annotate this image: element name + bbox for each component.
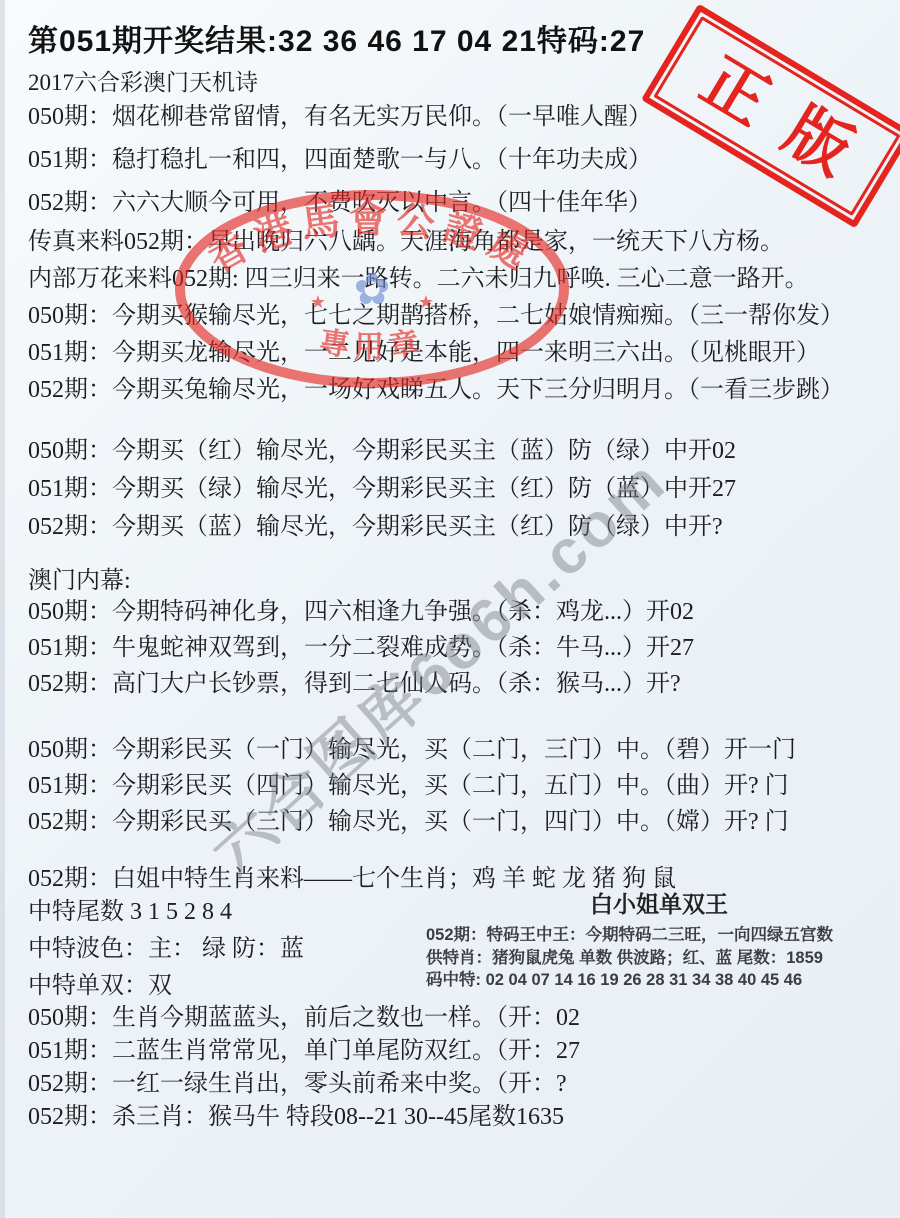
poem-line: 050期：烟花柳巷常留情，有名无实万民仰。（一早唯人醒） <box>28 96 652 139</box>
macau-line: 051期：牛鬼蛇神双驾到，一分二裂难成势。（杀：牛马...）开27 <box>28 630 694 666</box>
macau-inside-section: 050期：今期特码神化身，四六相逢九争强。（杀：鸡龙...）开02 051期：牛… <box>28 594 694 702</box>
bottom-predictions-section: 050期：生肖今期蓝蓝头，前后之数也一样。（开：02 051期：二蓝生肖常常见，… <box>28 1002 580 1134</box>
sky-poems-section: 050期：烟花柳巷常留情，有名无实万民仰。（一早唯人醒） 051期：稳打稳扎一和… <box>28 96 652 225</box>
fax-info-section: 传真来料052期：早出晚归六八龋。天涯海角都是家，一统天下八方杨。 内部万花来料… <box>28 224 809 298</box>
baixiaojie-line: 供特肖：猪狗鼠虎兔 单数 供波路；红、蓝 尾数：1859 <box>426 947 892 970</box>
baijie-tail-numbers: 中特尾数 3 1 5 2 8 4 <box>28 894 304 931</box>
macau-inside-heading: 澳门内幕: <box>28 560 131 595</box>
color-buy-section: 050期：今期买（红）输尽光，今期彩民买主（蓝）防（绿）中开02 051期：今期… <box>28 432 736 546</box>
lottery-sheet-page: 第051期开奖结果:32 36 46 17 04 21特码:27 2017六合彩… <box>0 0 900 1218</box>
zodiac-line: 051期：今期买龙输尽光，一二见好是本能，四一来明三六出。（见桃眼开） <box>28 335 844 372</box>
baijie-wave-color: 中特波色：主： 绿 防：蓝 <box>28 931 304 968</box>
bottom-line: 050期：生肖今期蓝蓝头，前后之数也一样。（开：02 <box>28 1002 580 1035</box>
baixiaojie-heading: 白小姐单双王 <box>426 886 892 919</box>
door-line: 050期：今期彩民买（一门）输尽光，买（二门，三门）中。（碧）开一门 <box>28 732 796 768</box>
baixiaojie-lines: 052期：特码王中王：今期特码二三旺，一向四绿五宫数 供特肖：猪狗鼠虎兔 单数 … <box>426 924 892 992</box>
zodiac-line: 052期：今期买兔输尽光，一场好戏睇五人。天下三分归明月。（一看三步跳） <box>28 372 844 409</box>
zodiac-buy-section: 050期：今期买猴输尽光，七七之期鹊搭桥，二七姑娘情痴痴。（三一帮你发） 051… <box>28 298 844 409</box>
door-line: 052期：今期彩民买（三门）输尽光，买（一门，四门）中。（嫦）开? 门 <box>28 804 796 840</box>
color-line: 051期：今期买（绿）输尽光，今期彩民买主（红）防（蓝）中开27 <box>28 470 736 508</box>
zhengban-char-2: 版 <box>775 97 863 185</box>
door-buy-section: 050期：今期彩民买（一门）输尽光，买（二门，三门）中。（碧）开一门 051期：… <box>28 732 796 840</box>
zhengban-stamp: 正 版 <box>641 4 900 229</box>
baixiaojie-line: 码中特: 02 04 07 14 16 19 26 28 31 34 38 40… <box>426 969 892 992</box>
fax-line: 内部万花来料052期: 四三归来一路转。二六未归九呼唤. 三心二意一路开。 <box>28 261 809 298</box>
baijie-detail-section: 中特尾数 3 1 5 2 8 4 中特波色：主： 绿 防：蓝 中特单双：双 <box>28 894 304 1005</box>
color-line: 052期：今期买（蓝）输尽光，今期彩民买主（红）防（绿）中开? <box>28 508 736 546</box>
zhengban-stamp-inner-border: 正 版 <box>653 16 900 216</box>
zhengban-char-1: 正 <box>692 47 780 135</box>
bottom-line: 052期：杀三肖：猴马牛 特段08--21 30--45尾数1635 <box>28 1101 580 1134</box>
baixiaojie-line: 052期：特码王中王：今期特码二三旺，一向四绿五宫数 <box>426 924 892 947</box>
fax-line: 传真来料052期：早出晚归六八龋。天涯海角都是家，一统天下八方杨。 <box>28 224 809 261</box>
color-line: 050期：今期买（红）输尽光，今期彩民买主（蓝）防（绿）中开02 <box>28 432 736 470</box>
poem-line: 052期：六六大顺今可用，不费吹灭以中言。（四十佳年华） <box>28 182 652 225</box>
poem-line: 051期：稳打稳扎一和四，四面楚歌一与八。（十年功夫成） <box>28 139 652 182</box>
baijie-odd-even: 中特单双：双 <box>28 968 304 1005</box>
macau-line: 050期：今期特码神化身，四六相逢九争强。（杀：鸡龙...）开02 <box>28 594 694 630</box>
macau-line: 052期：高门大户长钞票，得到二七仙人码。（杀：猴马...）开? <box>28 666 694 702</box>
draw-result-title: 第051期开奖结果:32 36 46 17 04 21特码:27 <box>28 16 645 60</box>
bottom-line: 051期：二蓝生肖常常见，单门单尾防双红。（开：27 <box>28 1035 580 1068</box>
door-line: 051期：今期彩民买（四门）输尽光，买（二门，五门）中。（曲）开? 门 <box>28 768 796 804</box>
poem-section-title: 2017六合彩澳门天机诗 <box>28 64 258 97</box>
baixiaojie-panel: 白小姐单双王 052期：特码王中王：今期特码二三旺，一向四绿五宫数 供特肖：猪狗… <box>426 886 892 992</box>
zodiac-line: 050期：今期买猴输尽光，七七之期鹊搭桥，二七姑娘情痴痴。（三一帮你发） <box>28 298 844 335</box>
bottom-line: 052期：一红一绿生肖出，零头前希来中奖。（开：? <box>28 1068 580 1101</box>
